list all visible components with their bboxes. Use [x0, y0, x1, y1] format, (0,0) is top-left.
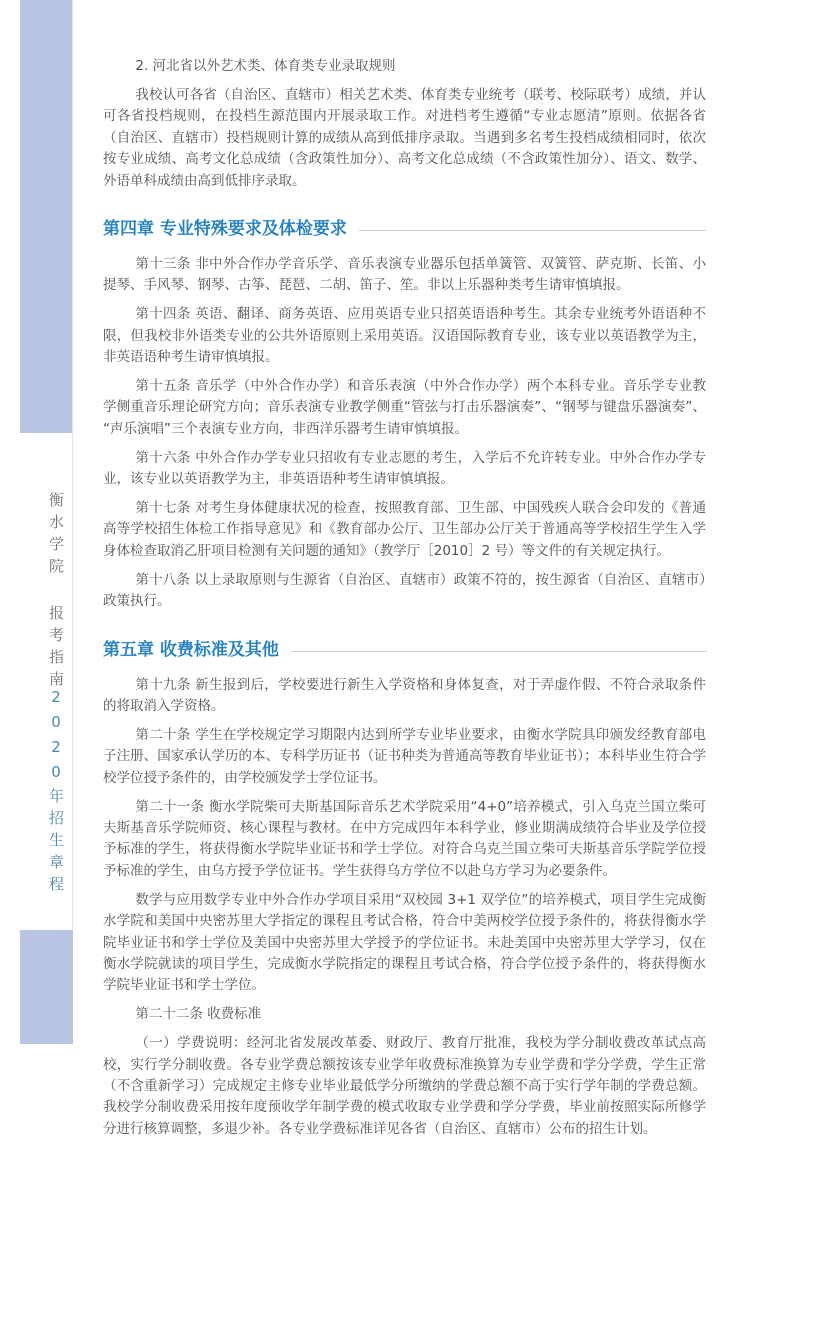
sidebar-vertical-subtitle: 2020年招生章程: [46, 688, 67, 898]
paragraph-tuition-note: （一）学费说明：经河北省发展改革委、财政厅、教育厅批准，我校为学分制收费改革试点…: [103, 1033, 706, 1140]
heading-rule: [291, 651, 706, 652]
paragraph-article-17: 第十七条 对考生身体健康状况的检查，按照教育部、卫生部、中国残疾人联合会印发的《…: [103, 498, 706, 562]
paragraph-article-15: 第十五条 音乐学（中外合作办学）和音乐表演（中外合作办学）两个本科专业。音乐学专…: [103, 376, 706, 440]
chapter-title: 第四章 专业特殊要求及体检要求: [103, 217, 347, 241]
document-page: 衡水学院 报考指南 2020年招生章程 2. 河北省以外艺术类、体育类专业录取规…: [0, 0, 816, 1344]
paragraph-article-18: 第十八条 以上录取原则与生源省（自治区、直辖市）政策不符的，按生源省（自治区、直…: [103, 570, 706, 613]
sidebar-divider-line: [72, 0, 73, 1045]
paragraph-article-21-math-program: 数学与应用数学专业中外合作办学项目采用“双校园 3+1 双学位”的培养模式，项目…: [103, 890, 706, 997]
paragraph-article-20: 第二十条 学生在学校规定学习期限内达到所学专业毕业要求，由衡水学院具印颁发经教育…: [103, 725, 706, 789]
sidebar-vertical-title: 衡水学院 报考指南: [46, 492, 67, 693]
paragraph-article-16: 第十六条 中外合作办学专业只招收有专业志愿的考生，入学后不允许转专业。中外合作办…: [103, 448, 706, 491]
chapter-heading-5: 第五章 收费标准及其他: [103, 638, 706, 662]
sidebar-decor-block-bottom: [20, 930, 73, 1044]
paragraph-article-22: 第二十二条 收费标准: [103, 1004, 706, 1025]
paragraph-article-21: 第二十一条 衡水学院柴可夫斯基国际音乐艺术学院采用“4+0”培养模式，引入乌克兰…: [103, 797, 706, 883]
paragraph-article-19: 第十九条 新生报到后，学校要进行新生入学资格和身体复查，对于弄虚作假、不符合录取…: [103, 675, 706, 718]
sidebar-decor-block-top: [20, 0, 73, 433]
chapter-heading-4: 第四章 专业特殊要求及体检要求: [103, 217, 706, 241]
heading-rule: [359, 230, 706, 231]
list-item-heading: 2. 河北省以外艺术类、体育类专业录取规则: [103, 56, 706, 77]
document-content: 2. 河北省以外艺术类、体育类专业录取规则 我校认可各省（自治区、直辖市）相关艺…: [103, 56, 706, 1148]
paragraph-article-14: 第十四条 英语、翻译、商务英语、应用英语专业只招英语语种考生。其余专业统考外语语…: [103, 304, 706, 368]
paragraph-intro: 我校认可各省（自治区、直辖市）相关艺术类、体育类专业统考（联考、校际联考）成绩，…: [103, 85, 706, 192]
chapter-title: 第五章 收费标准及其他: [103, 638, 279, 662]
paragraph-article-13: 第十三条 非中外合作办学音乐学、音乐表演专业器乐包括单簧管、双簧管、萨克斯、长笛…: [103, 254, 706, 297]
